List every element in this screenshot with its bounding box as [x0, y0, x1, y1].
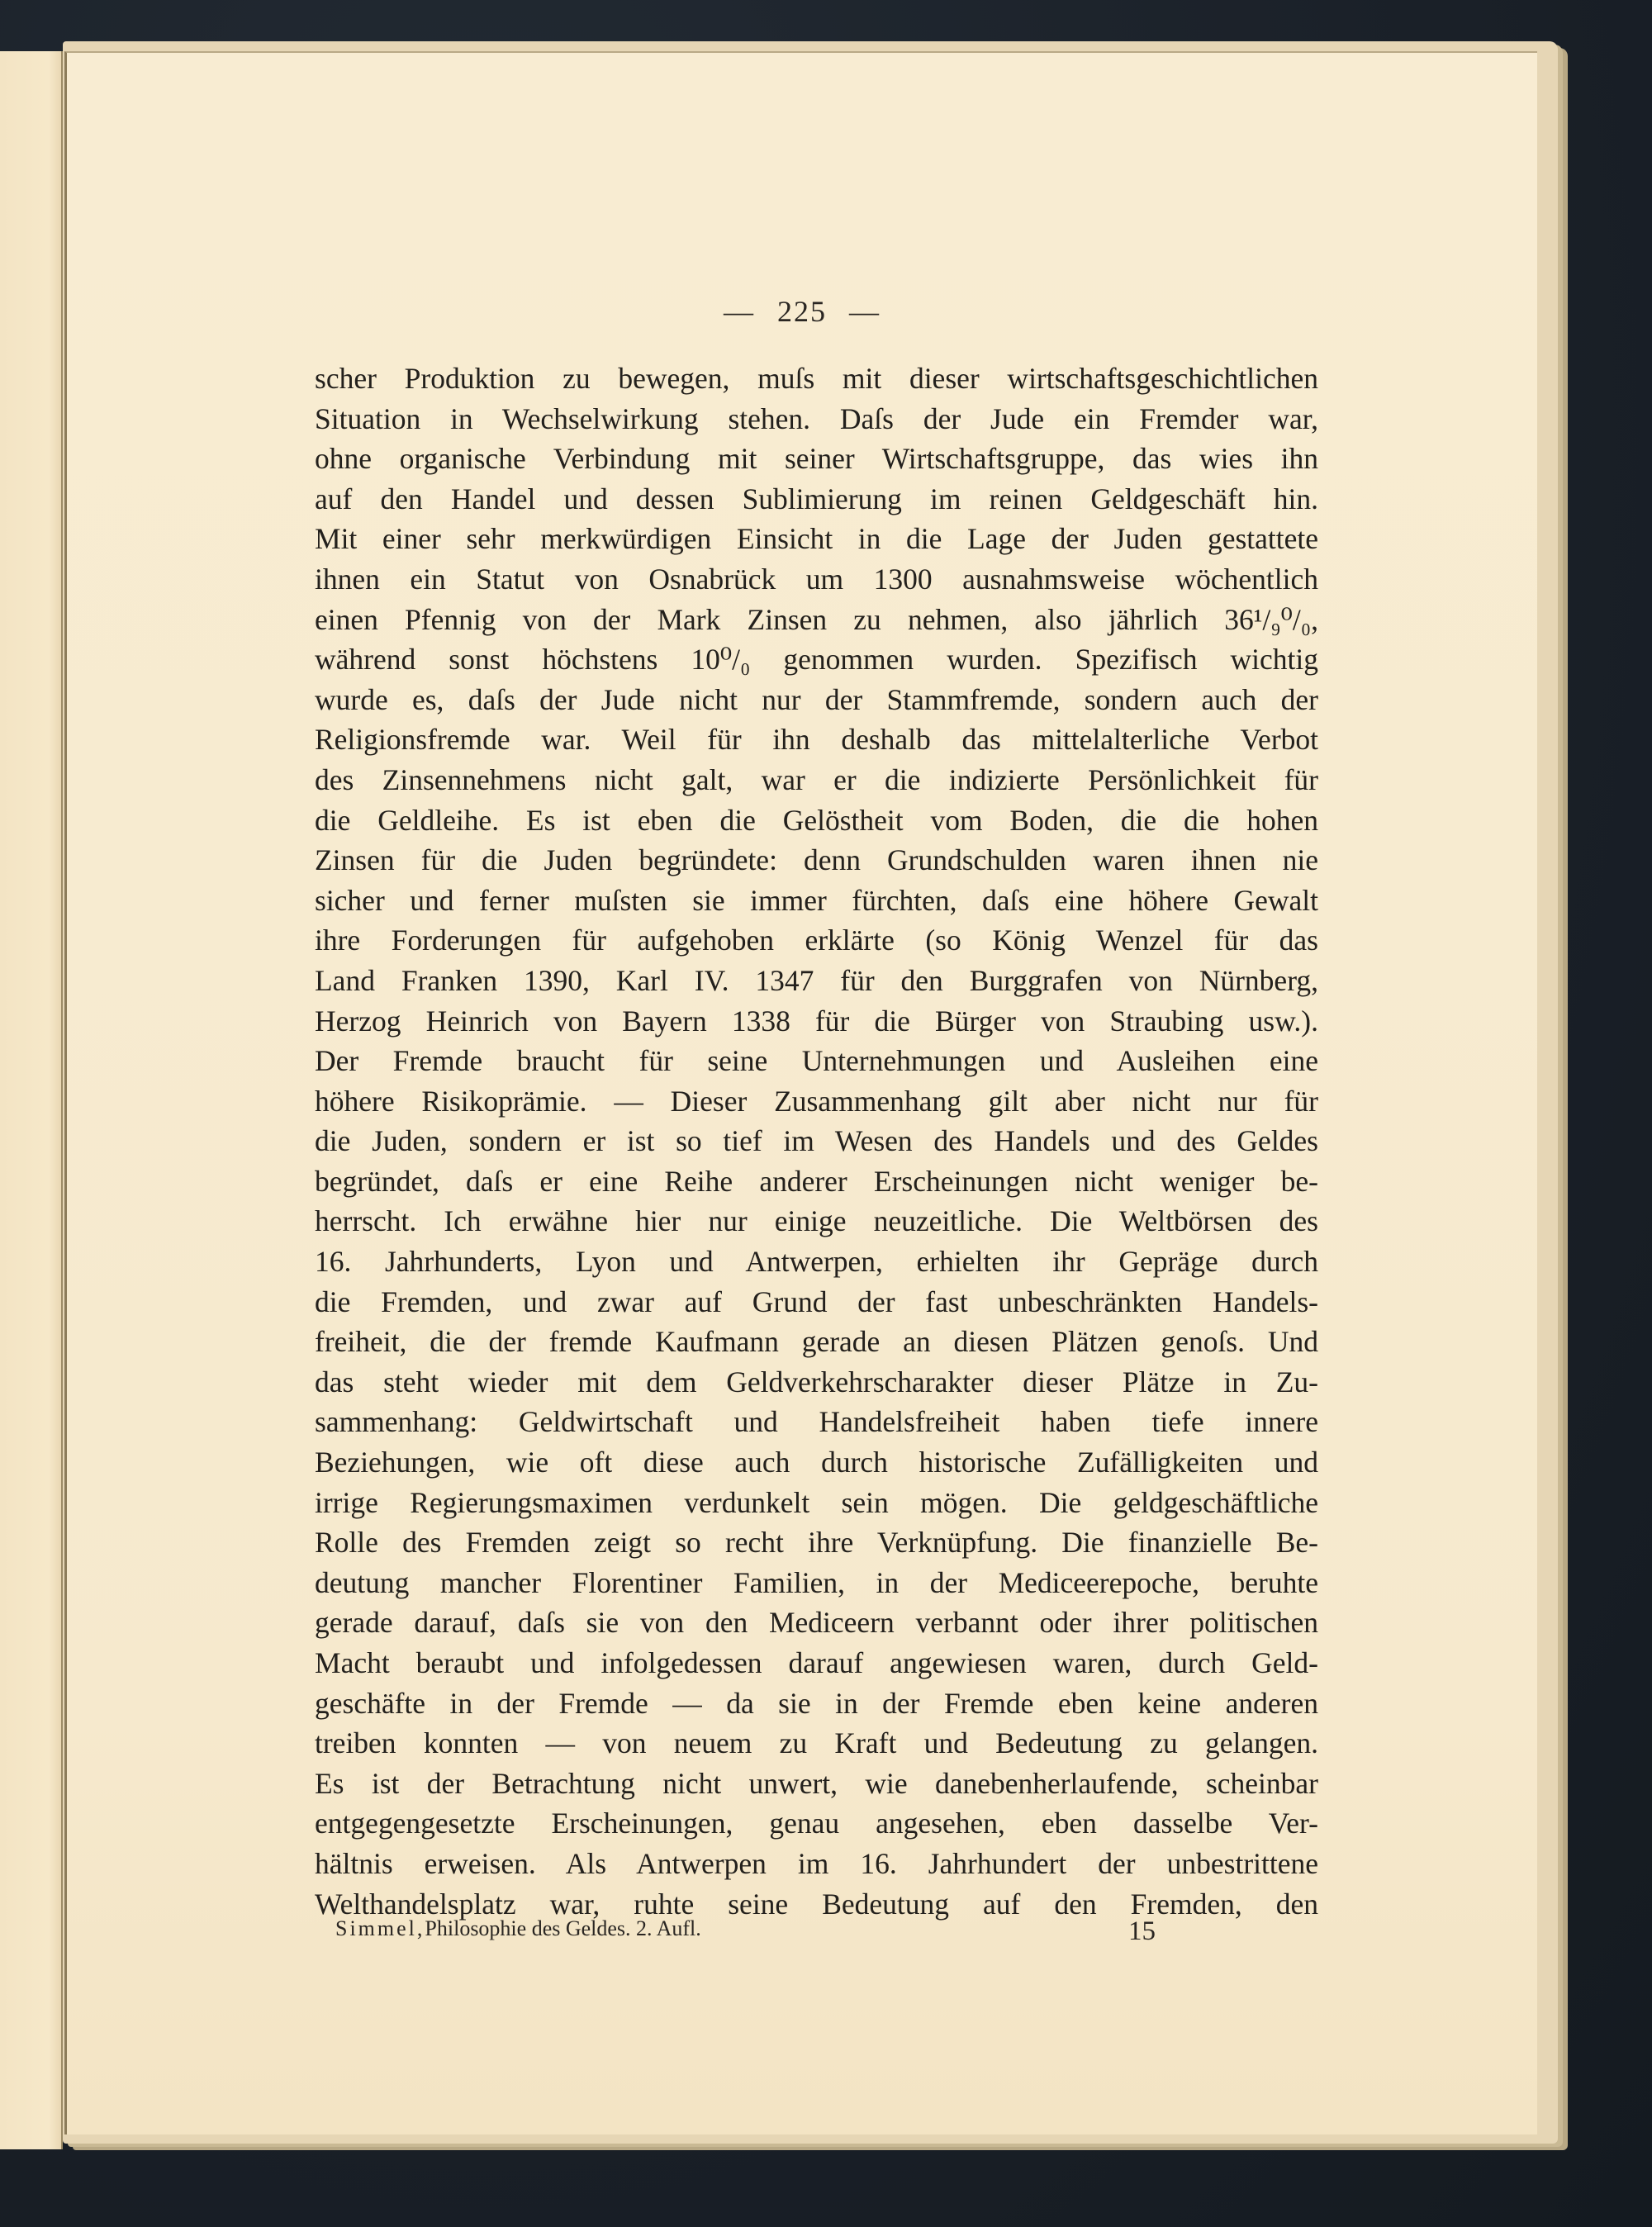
printer-signature: 15 [1128, 1916, 1156, 1947]
text-line: Zinsen für die Juden begründete: denn Gr… [315, 840, 1318, 881]
text-line: wurde es, daſs der Jude nicht nur der St… [315, 680, 1318, 720]
text-line: Land Franken 1390, Karl IV. 1347 für den… [315, 961, 1318, 1001]
text-line: das steht wieder mit dem Geldverkehrscha… [315, 1362, 1318, 1403]
text-line: treiben konnten — von neuem zu Kraft und… [315, 1723, 1318, 1764]
text-line: 16. Jahrhunderts, Lyon und Antwerpen, er… [315, 1242, 1318, 1282]
body-text: scher Produktion zu bewegen, muſs mit di… [315, 359, 1318, 1924]
text-line: sammenhang: Geldwirtschaft und Handelsfr… [315, 1402, 1318, 1442]
text-line: Herzog Heinrich von Bayern 1338 für die … [315, 1001, 1318, 1042]
text-line: herrscht. Ich erwähne hier nur einige ne… [315, 1201, 1318, 1242]
footer-author: Simmel, [335, 1916, 425, 1941]
text-line: Der Fremde braucht für seine Unternehmun… [315, 1041, 1318, 1081]
text-line: Beziehungen, wie oft diese auch durch hi… [315, 1442, 1318, 1483]
book-page: — 225 — scher Produktion zu bewegen, muſ… [64, 51, 1537, 2134]
text-line: irrige Regierungsmaximen verdunkelt sein… [315, 1483, 1318, 1523]
text-line: gerade darauf, daſs sie von den Mediceer… [315, 1603, 1318, 1643]
text-line: höhere Risikoprämie. — Dieser Zusammenha… [315, 1081, 1318, 1122]
text-line: Mit einer sehr merkwürdigen Einsicht in … [315, 519, 1318, 559]
text-line: des Zinsennehmens nicht galt, war er die… [315, 760, 1318, 800]
text-line: Es ist der Betrachtung nicht unwert, wie… [315, 1764, 1318, 1804]
text-line: entgegengesetzte Erscheinungen, genau an… [315, 1803, 1318, 1844]
text-line: Religionsfremde war. Weil für ihn deshal… [315, 719, 1318, 760]
text-line: die Juden, sondern er ist so tief im Wes… [315, 1121, 1318, 1161]
text-line: Macht beraubt und infolgedessen darauf a… [315, 1643, 1318, 1683]
text-line: geschäfte in der Fremde — da sie in der … [315, 1683, 1318, 1724]
text-line: hältnis erweisen. Als Antwerpen im 16. J… [315, 1844, 1318, 1884]
text-line: ihnen ein Statut von Osnabrück um 1300 a… [315, 559, 1318, 600]
text-line: freiheit, die der fremde Kaufmann gerade… [315, 1322, 1318, 1362]
page-number: 225 [777, 295, 827, 328]
footer-title: Philosophie des Geldes. 2. Aufl. [425, 1916, 700, 1941]
text-line: einen Pfennig von der Mark Zinsen zu neh… [315, 600, 1318, 640]
facing-page-edge [0, 51, 63, 2149]
text-line: ihre Forderungen für aufgehoben erklärte… [315, 920, 1318, 961]
text-line: scher Produktion zu bewegen, muſs mit di… [315, 359, 1318, 399]
text-line: Situation in Wechselwirkung stehen. Daſs… [315, 399, 1318, 439]
text-line: die Fremden, und zwar auf Grund der fast… [315, 1282, 1318, 1322]
text-line: auf den Handel und dessen Sublimierung i… [315, 479, 1318, 520]
running-header: — 225 — [67, 294, 1537, 329]
text-line: Rolle des Fremden zeigt so recht ihre Ve… [315, 1522, 1318, 1563]
header-dash-left: — [710, 295, 768, 328]
text-line: ohne organische Verbindung mit seiner Wi… [315, 439, 1318, 479]
text-line: begründet, daſs er eine Reihe anderer Er… [315, 1161, 1318, 1202]
text-line: während sonst höchstens 10⁰/₀ genommen w… [315, 639, 1318, 680]
text-line: sicher und ferner muſsten sie immer fürc… [315, 881, 1318, 921]
text-line: die Geldleihe. Es ist eben die Gelösthei… [315, 800, 1318, 841]
signature-line: Simmel, Philosophie des Geldes. 2. Aufl.… [335, 1916, 1161, 1941]
header-dash-right: — [836, 295, 894, 328]
text-line: deutung mancher Florentiner Familien, in… [315, 1563, 1318, 1603]
